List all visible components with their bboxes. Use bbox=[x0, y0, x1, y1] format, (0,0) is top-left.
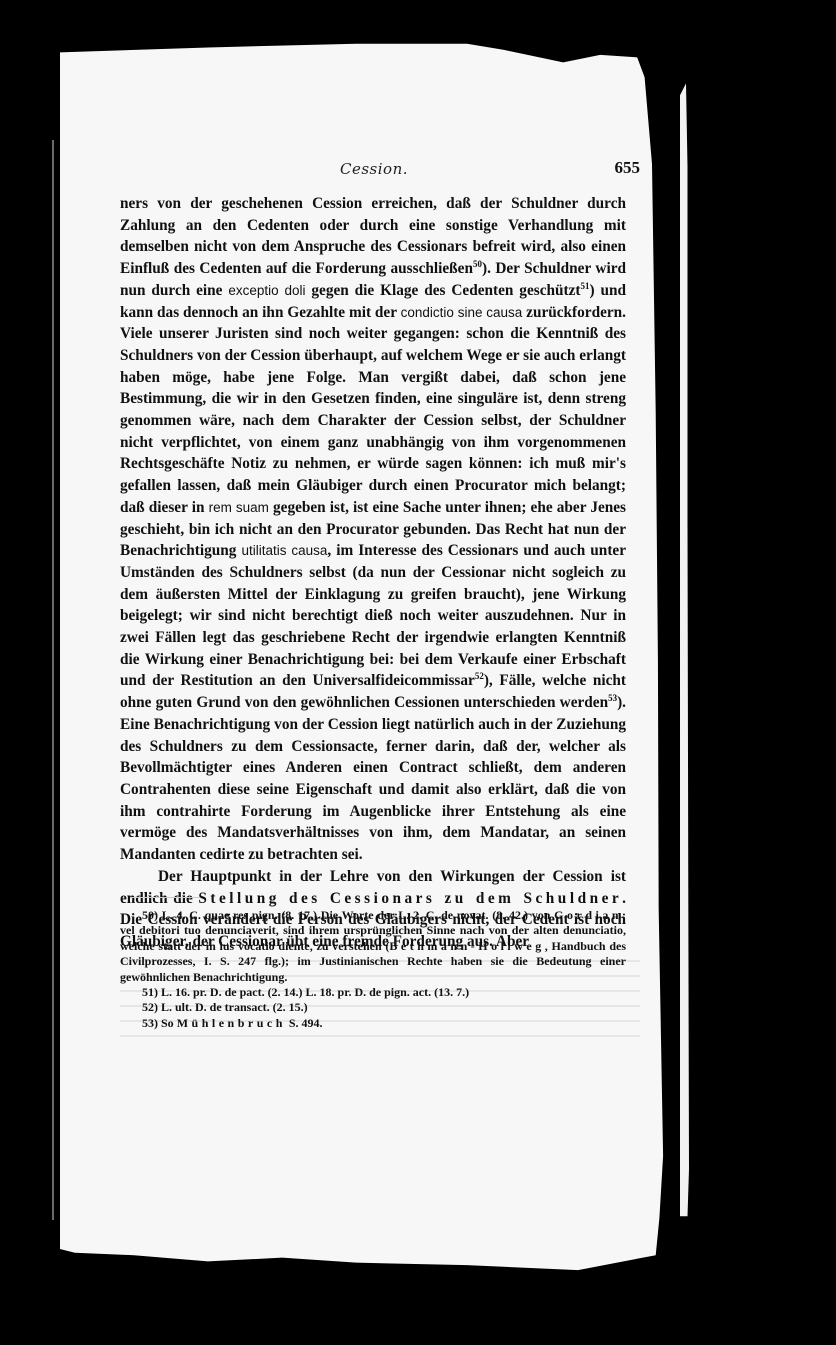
body-text: ners von der geschehenen Cession erreich… bbox=[120, 193, 626, 953]
page-number: 655 bbox=[615, 158, 641, 178]
footnote-ref-50: 50 bbox=[473, 259, 482, 269]
emphasis-spaced: Stellung des Cessionars zu dem Schuldner bbox=[198, 890, 622, 907]
footnote-ref-53: 53 bbox=[608, 693, 617, 703]
footnote-ref-52: 52 bbox=[475, 671, 484, 681]
footnote-rule bbox=[130, 897, 200, 898]
paragraph-1: ners von der geschehenen Cession erreich… bbox=[120, 193, 626, 866]
footnote-52: 52) L. ult. D. de transact. (2. 15.) bbox=[120, 1000, 626, 1015]
footnote-53: 53) So Mühlenbruch S. 494. bbox=[120, 1016, 626, 1031]
page-fold-edge bbox=[650, 48, 800, 1228]
footnotes: 50) L. 4. C. quae res pign. (8. 17.) Die… bbox=[120, 908, 626, 1031]
page-header: Cession. 655 bbox=[120, 160, 740, 184]
running-title: Cession. bbox=[340, 160, 408, 178]
footnote-50: 50) L. 4. C. quae res pign. (8. 17.) Die… bbox=[120, 908, 626, 985]
page-edge-line bbox=[52, 140, 54, 1220]
footnote-51: 51) L. 16. pr. D. de pact. (2. 14.) L. 1… bbox=[120, 985, 626, 1000]
